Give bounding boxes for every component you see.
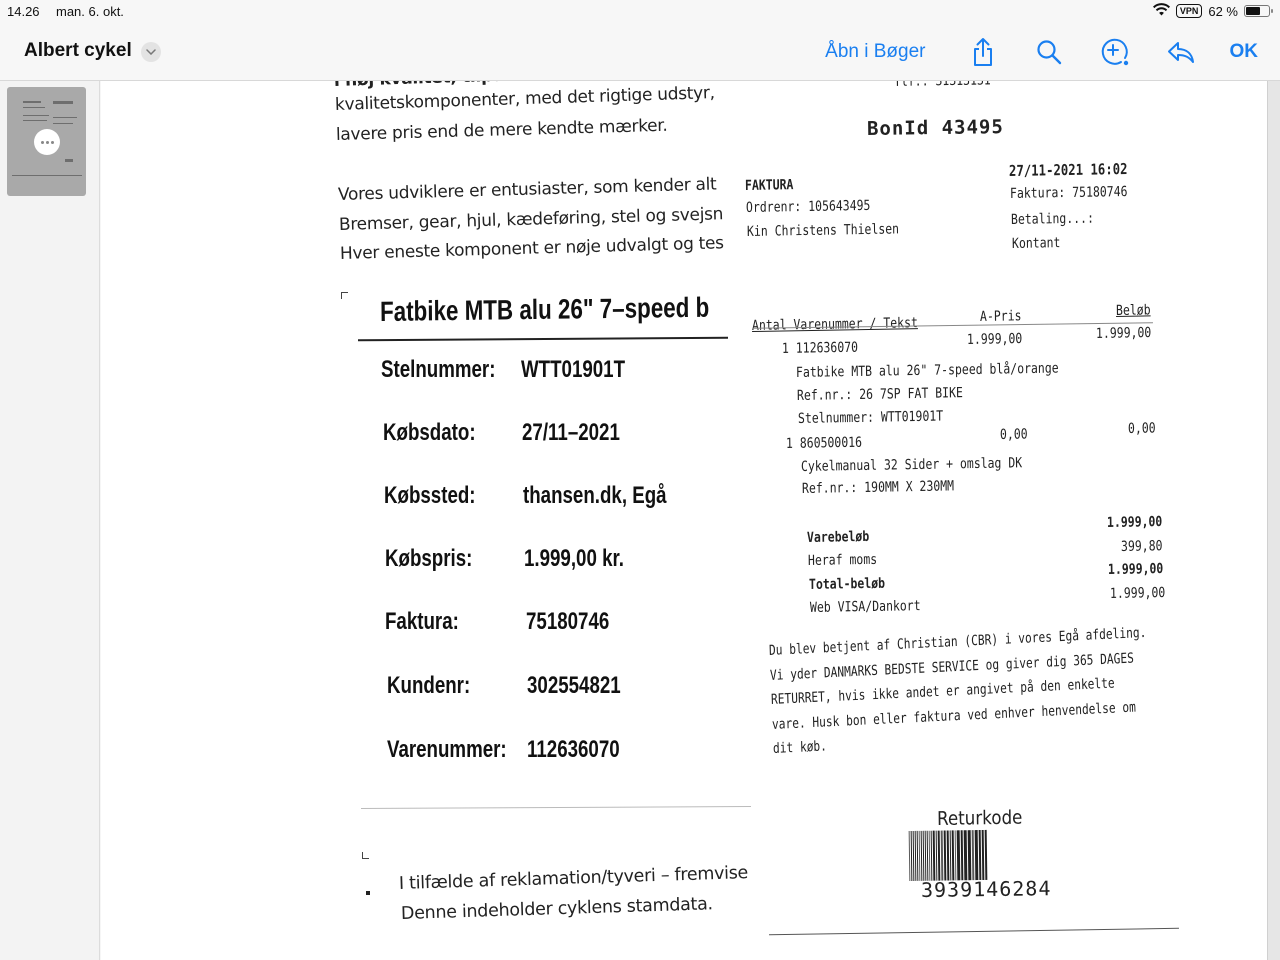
line-amount: 0,00 <box>1128 421 1156 437</box>
line-detail: Ref.nr.: 190MM X 230MM <box>802 478 954 497</box>
bike-leaflet: i høj kvalitet, tilpasset sortiment kval… <box>331 81 731 960</box>
return-code-value: 3939146284 <box>921 876 1052 902</box>
field-value: 75180746 <box>526 608 609 636</box>
total-value: 399,80 <box>1121 538 1163 555</box>
leaflet-line: Vores udviklere er entusiaster, som kend… <box>338 174 717 205</box>
line-item-number: 1 112636070 <box>782 340 858 357</box>
column-header-qty-text: Antal Varenummer / Tekst <box>752 315 918 334</box>
receipt-customer: Kin Christens Thielsen <box>747 221 899 240</box>
leaflet-line: Bremser, gear, hjul, kædeføring, stel og… <box>339 204 724 235</box>
total-value: 1.999,00 <box>1108 561 1163 578</box>
field-label: Købspris: <box>385 545 472 573</box>
divider <box>358 337 728 342</box>
total-label: Web VISA/Dankort <box>810 598 921 616</box>
line-unit-price: 1.999,00 <box>967 331 1022 348</box>
markup-button[interactable] <box>1100 37 1130 67</box>
line-unit-price: 0,00 <box>1000 427 1028 443</box>
field-label: Varenummer: <box>387 736 507 764</box>
title-menu-button[interactable] <box>141 42 161 62</box>
receipt-doc-type: FAKTURA <box>745 177 794 194</box>
thumbnail-more-button[interactable] <box>34 129 60 155</box>
footer-line: Denne indeholder cyklens stamdata. <box>401 894 713 924</box>
vpn-badge: VPN <box>1176 4 1203 18</box>
total-value: 1.999,00 <box>1107 514 1162 531</box>
leaflet-line: lavere pris end de mere kendte mærker. <box>336 116 668 145</box>
corner-mark <box>362 852 369 859</box>
document-title[interactable]: Albert cykel <box>24 40 132 62</box>
corner-mark <box>341 292 348 299</box>
nav-actions: Åbn i Bøger OK <box>825 36 1258 68</box>
field-value: 27/11–2021 <box>522 419 620 447</box>
field-label: Kundenr: <box>387 672 470 700</box>
status-indicators: VPN 62 % <box>1153 3 1270 19</box>
field-value: 302554821 <box>527 672 621 700</box>
field-label: Købssted: <box>384 482 476 510</box>
more-dots-icon <box>41 141 44 144</box>
status-date: man. 6. okt. <box>56 4 124 19</box>
receipt-payment-label: Betaling...: <box>1011 211 1094 228</box>
reply-button[interactable] <box>1166 37 1196 67</box>
field-label: Faktura: <box>385 608 459 636</box>
share-button[interactable] <box>968 37 998 67</box>
share-icon <box>971 37 995 67</box>
receipt-payment-method: Kontant <box>1012 235 1061 252</box>
line-detail: Cykelmanual 32 Sider + omslag DK <box>801 455 1022 475</box>
battery-icon <box>1244 5 1270 17</box>
bike-card-title: Fatbike MTB alu 26" 7–speed b <box>380 292 710 328</box>
reply-icon <box>1167 40 1195 64</box>
line-amount: 1.999,00 <box>1096 325 1151 342</box>
total-value: 1.999,00 <box>1110 585 1165 602</box>
ok-button[interactable]: OK <box>1230 41 1259 63</box>
column-header-amount: Beløb <box>1116 302 1151 319</box>
receipt-bon-id: BonId 43495 <box>867 116 1004 140</box>
status-bar: 14.26 man. 6. okt. VPN 62 % <box>0 0 1280 24</box>
field-label: Stelnummer: <box>381 356 495 384</box>
total-label: Total-beløb <box>809 576 885 593</box>
receipt-invoice: Faktura: 75180746 <box>1010 184 1128 202</box>
search-button[interactable] <box>1034 37 1064 67</box>
thumbnail-sidebar <box>0 81 100 960</box>
total-label: Heraf moms <box>808 552 877 569</box>
document-page: i høj kvalitet, tilpasset sortiment kval… <box>101 81 1267 960</box>
bullet <box>366 891 370 895</box>
battery-percent: 62 % <box>1208 4 1238 19</box>
column-header-unit-price: A-Pris <box>980 308 1022 325</box>
receipt-edge <box>769 928 1179 935</box>
receipt: Tlf.: 31313131 BonId 43495 FAKTURA Ordre… <box>741 81 1181 960</box>
field-value: thansen.dk, Egå <box>523 482 667 510</box>
wifi-icon <box>1153 3 1170 19</box>
service-message-line: dit køb. <box>773 738 827 757</box>
chevron-down-icon <box>146 49 156 55</box>
return-code-label: Returkode <box>937 807 1023 830</box>
page-thumbnail[interactable] <box>7 87 86 196</box>
line-detail: Stelnummer: WTT01901T <box>798 409 943 427</box>
markup-icon <box>1100 37 1130 67</box>
leaflet-line: Hver eneste komponent er nøje udvalgt og… <box>340 233 724 264</box>
navigation-bar: Albert cykel Åbn i Bøger OK <box>0 24 1280 81</box>
open-in-books-button[interactable]: Åbn i Bøger <box>825 41 925 63</box>
field-value: 1.999,00 kr. <box>524 545 624 573</box>
receipt-phone: Tlf.: 31313131 <box>894 81 991 90</box>
line-detail: Ref.nr.: 26 7SP FAT BIKE <box>797 385 963 404</box>
return-barcode <box>909 829 1056 881</box>
total-label: Varebeløb <box>807 529 869 546</box>
receipt-datetime: 27/11-2021 16:02 <box>1009 160 1128 180</box>
receipt-order-no: Ordrenr: 105643495 <box>746 198 871 216</box>
status-time: 14.26 <box>7 4 40 19</box>
line-item-number: 1 860500016 <box>786 435 862 452</box>
field-value: 112636070 <box>527 736 620 764</box>
footer-line: I tilfælde af reklamation/tyveri – fremv… <box>399 863 749 894</box>
scrollbar[interactable] <box>1267 81 1280 960</box>
line-detail: Fatbike MTB alu 26" 7-speed blå/orange <box>796 361 1059 381</box>
field-label: Købsdato: <box>383 419 476 447</box>
field-value: WTT01901T <box>521 356 625 384</box>
divider <box>361 806 751 809</box>
search-icon <box>1036 39 1062 65</box>
